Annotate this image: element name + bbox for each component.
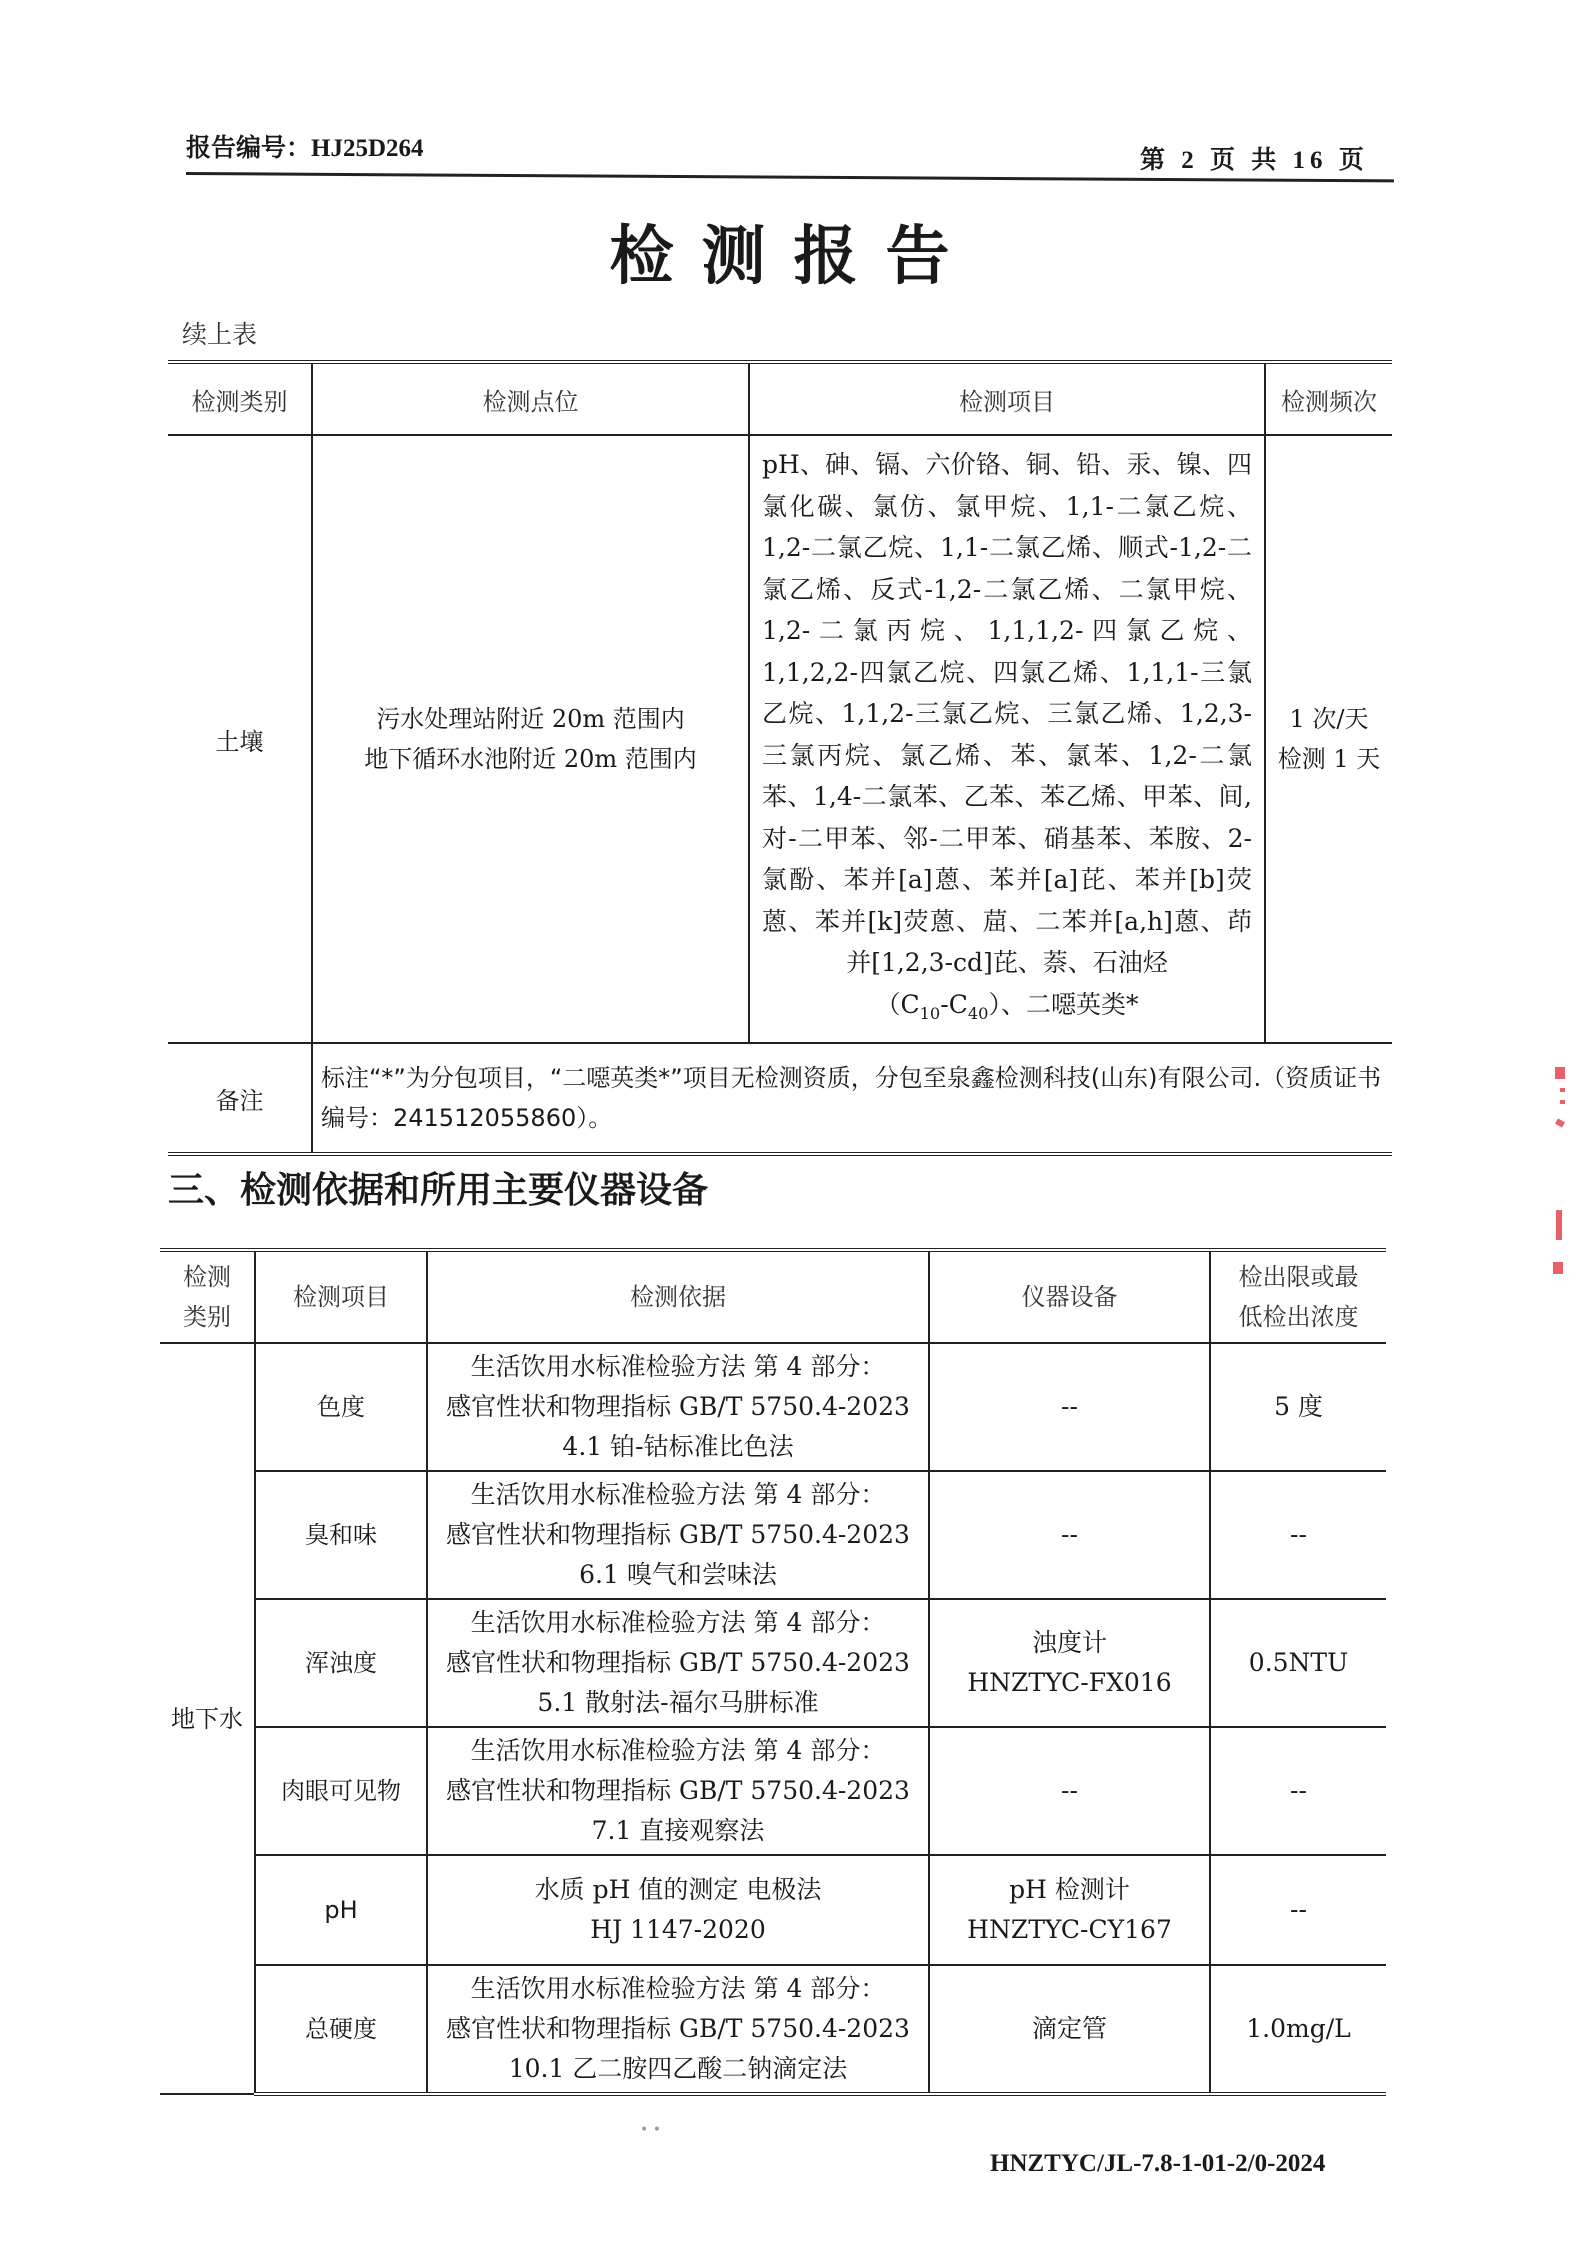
seal-fragment [1553,1262,1563,1274]
basis-cell: 生活饮用水标准检验方法 第 4 部分：感官性状和物理指标 GB/T 5750.4… [427,1471,929,1599]
basis-line: 生活饮用水标准检验方法 第 4 部分： [434,1969,922,2009]
basis-line: 感官性状和物理指标 GB/T 5750.4-2023 [434,1643,922,1683]
limit-cell: 5 度 [1210,1343,1386,1471]
header-line: 低检出浓度 [1217,1297,1380,1337]
report-number-value: HJ25D264 [311,135,424,162]
limit-cell: -- [1210,1471,1386,1599]
items-text: pH、砷、镉、六价铬、铜、铅、汞、镍、四氯化碳、氯仿、氯甲烷、1,1-二氯乙烷、… [762,450,1252,977]
category-cell: 地下水 [160,1343,255,2094]
col-header-item: 检测项目 [255,1250,427,1343]
basis-cell: 生活饮用水标准检验方法 第 4 部分：感官性状和物理指标 GB/T 5750.4… [427,1965,929,2094]
col-header-instrument: 仪器设备 [929,1250,1210,1343]
limit-cell: -- [1210,1727,1386,1855]
basis-line: 10.1 乙二胺四乙酸二钠滴定法 [434,2049,922,2089]
frequency-line-2: 检测 1 天 [1272,739,1386,779]
page-info: 第 2 页 共 16 页 [1140,140,1369,176]
item-cell: 臭和味 [255,1471,427,1599]
items-text-part: -C [940,990,968,1019]
instrument-cell: -- [929,1343,1210,1471]
col-header-limit: 检出限或最低检出浓度 [1210,1250,1386,1343]
table-header-row: 检测类别 检测项目 检测依据 仪器设备 检出限或最低检出浓度 [160,1250,1386,1343]
instrument-cell: -- [929,1471,1210,1599]
instrument-line: -- [936,1771,1203,1811]
seal-fragment [1560,1100,1565,1104]
section-heading: 三、检测依据和所用主要仪器设备 [168,1162,708,1213]
header-line: 类别 [166,1297,248,1337]
instrument-line: 滴定管 [936,2009,1203,2049]
basis-line: 感官性状和物理指标 GB/T 5750.4-2023 [434,1771,922,1811]
items-cell: pH、砷、镉、六价铬、铜、铅、汞、镍、四氯化碳、氯仿、氯甲烷、1,1-二氯乙烷、… [749,435,1265,1043]
location-2: 地下循环水池附近 20m 范围内 [319,739,742,779]
limit-cell: -- [1210,1855,1386,1965]
basis-line: 生活饮用水标准检验方法 第 4 部分： [434,1347,922,1387]
basis-cell: 生活饮用水标准检验方法 第 4 部分：感官性状和物理指标 GB/T 5750.4… [427,1343,929,1471]
report-number: 报告编号：HJ25D264 [186,128,424,164]
basis-line: 7.1 直接观察法 [434,1811,922,1851]
item-cell: 总硬度 [255,1965,427,2094]
table-row: pH 水质 pH 值的测定 电极法HJ 1147-2020 pH 检测计HNZT… [160,1855,1386,1965]
items-subscript: 10 [920,1004,941,1023]
basis-line: 4.1 铂-钴标准比色法 [434,1427,922,1467]
col-header-basis: 检测依据 [427,1250,929,1343]
instrument-line: -- [936,1387,1203,1427]
basis-cell: 生活饮用水标准检验方法 第 4 部分：感官性状和物理指标 GB/T 5750.4… [427,1727,929,1855]
header-line: 检出限或最 [1217,1257,1380,1297]
item-cell: 色度 [255,1343,427,1471]
instrument-line: HNZTYC-CY167 [936,1910,1203,1950]
basis-line: HJ 1147-2020 [434,1910,922,1950]
items-text-part: （C [875,990,919,1019]
instrument-line: pH 检测计 [936,1870,1203,1910]
continued-label: 续上表 [182,315,257,351]
location-cell: 污水处理站附近 20m 范围内 地下循环水池附近 20m 范围内 [312,435,749,1043]
frequency-cell: 1 次/天 检测 1 天 [1265,435,1392,1043]
instrument-line: -- [936,1515,1203,1555]
limit-cell: 1.0mg/L [1210,1965,1386,2094]
limit-cell: 0.5NTU [1210,1599,1386,1727]
seal-fragment [1560,1088,1565,1092]
seal-fragment [1556,1210,1562,1240]
instrument-cell: 滴定管 [929,1965,1210,2094]
instrument-cell: pH 检测计HNZTYC-CY167 [929,1855,1210,1965]
basis-cell: 水质 pH 值的测定 电极法HJ 1147-2020 [427,1855,929,1965]
table-row: 肉眼可见物 生活饮用水标准检验方法 第 4 部分：感官性状和物理指标 GB/T … [160,1727,1386,1855]
item-cell: pH [255,1855,427,1965]
col-header-items: 检测项目 [749,362,1265,435]
instrument-line: 浊度计 [936,1623,1203,1663]
instrument-line: HNZTYC-FX016 [936,1663,1203,1703]
footer-mark: • • [640,2122,661,2138]
seal-fragment [1555,1067,1565,1079]
instrument-cell: -- [929,1727,1210,1855]
table-row: 浑浊度 生活饮用水标准检验方法 第 4 部分：感官性状和物理指标 GB/T 57… [160,1599,1386,1727]
page-title: 检测报告 [0,205,1587,297]
basis-line: 感官性状和物理指标 GB/T 5750.4-2023 [434,2009,922,2049]
note-label: 备注 [168,1043,312,1154]
items-text-part: ）、二噁英类* [989,990,1139,1019]
instrument-cell: 浊度计HNZTYC-FX016 [929,1599,1210,1727]
basis-line: 感官性状和物理指标 GB/T 5750.4-2023 [434,1515,922,1555]
category-cell: 土壤 [168,435,312,1043]
item-cell: 肉眼可见物 [255,1727,427,1855]
note-row: 备注 标注“*”为分包项目，“二噁英类*”项目无检测资质，分包至泉鑫检测科技(山… [168,1043,1392,1154]
seal-fragment [1555,1118,1565,1127]
table-row: 臭和味 生活饮用水标准检验方法 第 4 部分：感官性状和物理指标 GB/T 57… [160,1471,1386,1599]
table-row: 总硬度 生活饮用水标准检验方法 第 4 部分：感官性状和物理指标 GB/T 57… [160,1965,1386,2094]
basis-line: 5.1 散射法-福尔马肼标准 [434,1683,922,1723]
table-row: 地下水 色度 生活饮用水标准检验方法 第 4 部分：感官性状和物理指标 GB/T… [160,1343,1386,1471]
basis-line: 水质 pH 值的测定 电极法 [434,1870,922,1910]
col-header-category: 检测类别 [168,362,312,435]
document-code: HNZTYC/JL-7.8-1-01-2/0-2024 [990,2150,1325,2178]
header-line: 检测 [166,1257,248,1297]
note-text: 标注“*”为分包项目，“二噁英类*”项目无检测资质，分包至泉鑫检测科技(山东)有… [312,1043,1392,1154]
basis-cell: 生活饮用水标准检验方法 第 4 部分：感官性状和物理指标 GB/T 5750.4… [427,1599,929,1727]
item-cell: 浑浊度 [255,1599,427,1727]
basis-line: 6.1 嗅气和尝味法 [434,1555,922,1595]
table-header-row: 检测类别 检测点位 检测项目 检测频次 [168,362,1392,435]
report-number-label: 报告编号： [186,135,311,162]
basis-line: 生活饮用水标准检验方法 第 4 部分： [434,1603,922,1643]
col-header-frequency: 检测频次 [1265,362,1392,435]
frequency-line-1: 1 次/天 [1272,699,1386,739]
basis-line: 感官性状和物理指标 GB/T 5750.4-2023 [434,1387,922,1427]
items-subscript: 40 [968,1004,989,1023]
method-equipment-table: 检测类别 检测项目 检测依据 仪器设备 检出限或最低检出浓度 地下水 色度 生活… [160,1248,1386,2096]
basis-line: 生活饮用水标准检验方法 第 4 部分： [434,1475,922,1515]
col-header-category: 检测类别 [160,1250,255,1343]
location-1: 污水处理站附近 20m 范围内 [319,699,742,739]
detection-plan-table: 检测类别 检测点位 检测项目 检测频次 土壤 污水处理站附近 20m 范围内 地… [168,360,1392,1156]
col-header-location: 检测点位 [312,362,749,435]
basis-line: 生活饮用水标准检验方法 第 4 部分： [434,1731,922,1771]
table-row: 土壤 污水处理站附近 20m 范围内 地下循环水池附近 20m 范围内 pH、砷… [168,435,1392,1043]
